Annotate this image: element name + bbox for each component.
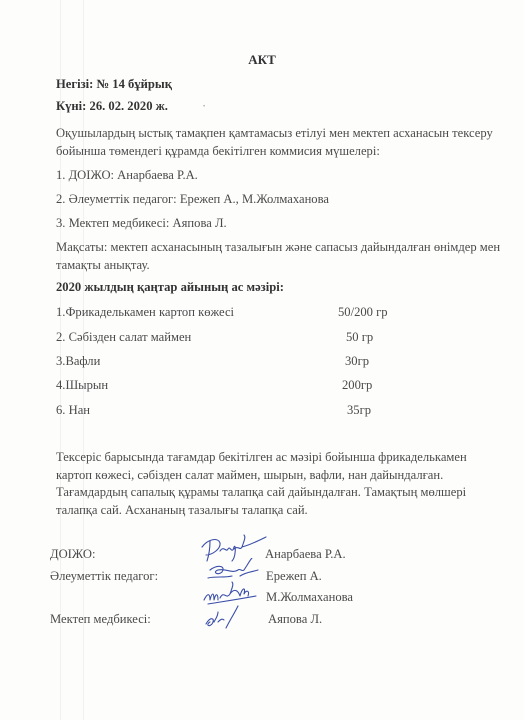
intro-line: бойынша төмендегі құрамда бекітілген ком… <box>56 142 506 160</box>
stray-dot: · <box>202 99 206 114</box>
signature-role: ДОІЖО: <box>50 547 95 562</box>
purpose-paragraph: Мақсаты: мектеп асханасының тазалығын жә… <box>56 238 506 274</box>
handwritten-signature-icon <box>200 580 260 606</box>
member-item: 2. Әлеуметтік педагог: Ережеп А., М.Жолм… <box>56 192 329 207</box>
menu-item-qty: 35гр <box>347 403 371 418</box>
document-title: АКТ <box>0 52 524 68</box>
signature-name: М.Жолмаханова <box>266 590 353 605</box>
document-basis: Негізі: № 14 бұйрық <box>56 77 172 92</box>
conclusion-paragraph: Тексеріс барысында тағамдар бекітілген а… <box>56 449 506 519</box>
menu-item-qty: 30гр <box>345 354 369 369</box>
document-date: Күні: 26. 02. 2020 ж. <box>56 99 168 114</box>
menu-item-qty: 200гр <box>342 378 372 393</box>
signature-name: Аяпова Л. <box>268 612 322 627</box>
menu-item-name: 6. Нан <box>56 403 90 418</box>
menu-item-name: 3.Вафли <box>56 354 100 369</box>
menu-item-name: 4.Шырын <box>56 378 108 393</box>
signature-name: Анарбаева Р.А. <box>265 547 346 562</box>
signature-role: Мектеп медбикесі: <box>50 612 151 627</box>
menu-item-qty: 50 гр <box>346 330 373 345</box>
conclusion-line: Тексеріс барысында тағамдар бекітілген а… <box>56 449 506 467</box>
member-item: 1. ДОІЖО: Анарбаева Р.А. <box>56 168 198 183</box>
handwritten-signature-icon <box>202 604 242 634</box>
menu-heading: 2020 жылдың қаңтар айының ас мәзірі: <box>56 280 284 295</box>
purpose-line: Мақсаты: мектеп асханасының тазалығын жә… <box>56 238 506 256</box>
menu-item-qty: 50/200 гр <box>338 305 388 320</box>
conclusion-line: Тағамдардың сапалық құрамы талапқа сай д… <box>56 484 506 502</box>
intro-paragraph: Оқушылардың ыстық тамақпен қамтамасыз ет… <box>56 124 506 160</box>
intro-line: Оқушылардың ыстық тамақпен қамтамасыз ет… <box>56 124 506 142</box>
signature-role: Әлеуметтік педагог: <box>50 569 158 584</box>
purpose-line: тамақты анықтау. <box>56 256 506 274</box>
signature-name: Ережеп А. <box>266 569 322 584</box>
member-item: 3. Мектеп медбикесі: Аяпова Л. <box>56 216 227 231</box>
menu-item-name: 2. Сәбізден салат маймен <box>56 330 191 345</box>
conclusion-line: картоп көжесі, сәбізден салат маймен, шы… <box>56 467 506 485</box>
menu-item-name: 1.Фрикаделькамен картоп көжесі <box>56 305 234 320</box>
conclusion-line: талапқа сай. Асхананың тазалығы талапқа … <box>56 502 506 520</box>
